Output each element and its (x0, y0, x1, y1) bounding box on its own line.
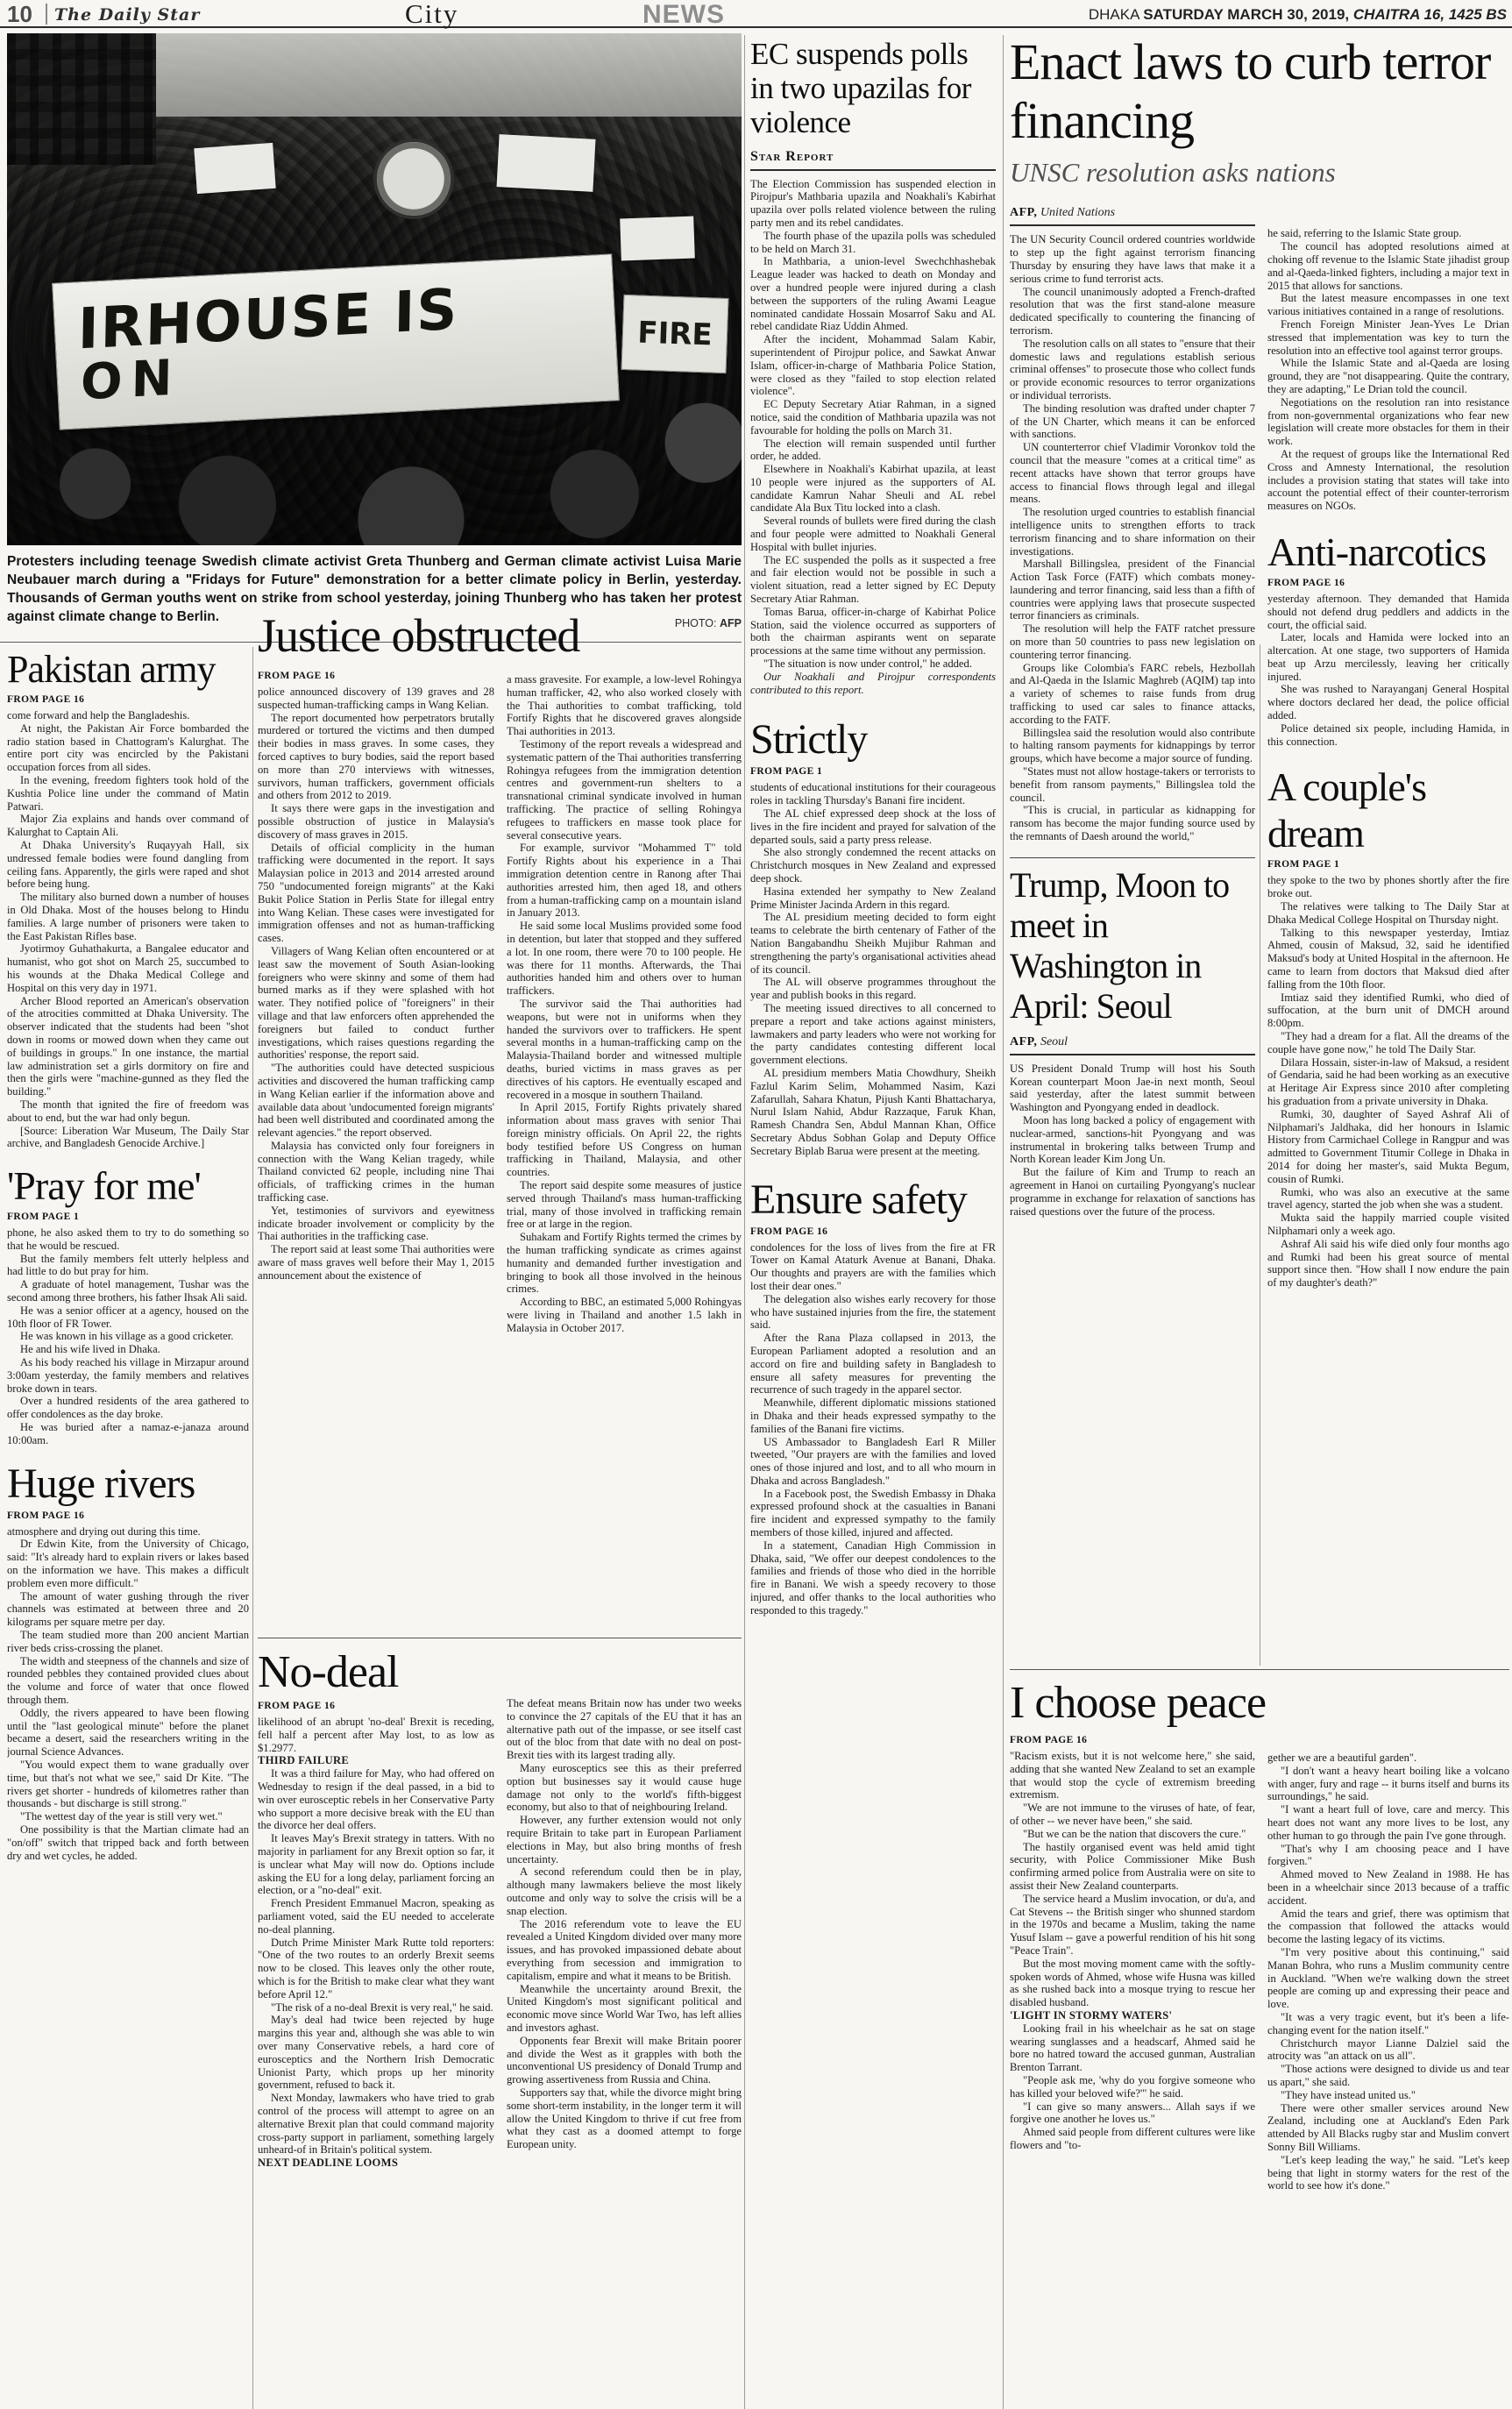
paragraph: The council unanimously adopted a French… (1010, 286, 1255, 338)
article-title: Ensure safety (750, 1176, 996, 1224)
photo-building (7, 33, 156, 165)
paragraph: "We are not immune to the viruses of hat… (1010, 1801, 1255, 1828)
article-ec-suspends-polls: EC suspends polls in two upazilas for vi… (750, 37, 996, 696)
paragraph: The report said despite some measures of… (507, 1179, 742, 1231)
paragraph: EC Deputy Secretary Atiar Rahman, in a s… (750, 398, 996, 437)
paragraph: The council has adopted resolutions aime… (1267, 240, 1509, 292)
paragraph: Looking frail in his wheelchair as he sa… (1010, 2022, 1255, 2074)
article-terror-financing: Enact laws to curb terror financing UNSC… (1010, 33, 1509, 1666)
article-body: come forward and help the Bangladeshis.A… (7, 709, 249, 1150)
paragraph: The relatives were talking to The Daily … (1267, 900, 1509, 927)
paragraph: According to BBC, an estimated 5,000 Roh… (507, 1296, 742, 1334)
article-body: "Racism exists, but it is not welcome he… (1010, 1750, 1255, 2152)
page-number: 10 (7, 1, 32, 28)
paragraph: Amid the tears and grief, there was opti… (1267, 1908, 1509, 1946)
paragraph: While the Islamic State and al-Qaeda are… (1267, 357, 1509, 395)
paragraph: But the most moving moment came with the… (1010, 1958, 1255, 2009)
article-title: Pakistan army (7, 647, 249, 692)
article-justice-obstructed: Justice obstructed FROM PAGE 16 police a… (258, 608, 742, 1636)
paragraph: Hasina extended her sympathy to New Zeal… (750, 885, 996, 912)
paragraph: AL presidium members Matia Chowdhury, Sh… (750, 1067, 996, 1158)
column-ec: EC suspends polls in two upazilas for vi… (750, 37, 996, 2409)
byline: AFP, Seoul (1010, 1035, 1255, 1055)
paragraph: "This is crucial, in particular as kidna… (1010, 804, 1255, 842)
paragraph: US President Donald Trump will host his … (1010, 1062, 1255, 1114)
paragraph: The resolution urged countries to establ… (1010, 506, 1255, 558)
header-divider (46, 4, 47, 25)
paragraph: Next Monday, lawmakers who have tried to… (258, 2092, 494, 2157)
paragraph: Testimony of the report reveals a widesp… (507, 738, 742, 842)
article-subtitle: UNSC resolution asks nations (1010, 157, 1509, 188)
paragraph: Jyotirmoy Guhathakurta, a Bangalee educa… (7, 942, 249, 994)
body-subhead: 'LIGHT IN STORMY WATERS' (1010, 2009, 1255, 2022)
paragraph: The meeting issued directives to all con… (750, 1002, 996, 1067)
paragraph: The EC suspended the polls as it suspect… (750, 554, 996, 606)
paragraph: "Those actions were designed to divide u… (1267, 2063, 1509, 2089)
article-body: he said, referring to the Islamic State … (1267, 227, 1509, 513)
byline: AFP, United Nations (1010, 206, 1255, 226)
paragraph: phone, he also asked them to try to do s… (7, 1226, 249, 1253)
paragraph: There were other smaller services around… (1267, 2102, 1509, 2154)
paragraph: It was a third failure for May, who had … (258, 1767, 494, 1832)
article-pakistan-army: Pakistan army FROM PAGE 16 come forward … (7, 647, 249, 1150)
article-title: EC suspends polls in two upazilas for vi… (750, 37, 996, 140)
paragraph: At night, the Pakistan Air Force bombard… (7, 722, 249, 774)
photo-street-area (156, 33, 742, 117)
article-body: police announced discovery of 139 graves… (258, 686, 494, 1283)
column-rule (744, 35, 745, 2409)
paragraph: Ashraf Ali said his wife died only four … (1267, 1238, 1509, 1290)
paragraph: Police detained six people, including Ha… (1267, 722, 1509, 749)
article-body: The Election Commission has suspended el… (750, 178, 996, 697)
paragraph: a mass gravesite. For example, a low-lev… (507, 673, 742, 738)
paragraph: [Source: Liberation War Museum, The Dail… (7, 1125, 249, 1151)
photo-placard (194, 143, 275, 194)
from-page-label: FROM PAGE 1 (750, 766, 996, 777)
paragraph: The delegation also wishes early recover… (750, 1293, 996, 1332)
article-title: Strictly (750, 715, 996, 764)
byline: Star Report (750, 149, 996, 171)
paragraph: they spoke to the two by phones shortly … (1267, 874, 1509, 900)
paragraph: The report said at least some Thai autho… (258, 1243, 494, 1282)
paragraph: In a statement, Canadian High Commission… (750, 1539, 996, 1617)
from-page-label: FROM PAGE 16 (7, 694, 249, 705)
paragraph: The hastily organised event was held ami… (1010, 1841, 1255, 1893)
article-body: The UN Security Council ordered countrie… (1010, 233, 1255, 842)
section-rule (258, 1638, 742, 1638)
article-pray-for-me: 'Pray for me' FROM PAGE 1 phone, he also… (7, 1162, 249, 1447)
page-header: 10 The Daily Star City NEWS DHAKA SATURD… (0, 0, 1512, 28)
article-title: Huge rivers (7, 1460, 249, 1508)
article-title: Anti-narcotics (1267, 529, 1509, 575)
paragraph: The resolution will help the FATF ratche… (1010, 622, 1255, 661)
paragraph: At the request of groups like the Intern… (1267, 448, 1509, 513)
paragraph: Rumki, 30, daughter of Sayed Ashraf Ali … (1267, 1108, 1509, 1186)
article-body: a mass gravesite. For example, a low-lev… (507, 673, 742, 1335)
paragraph: As his body reached his village in Mirza… (7, 1356, 249, 1395)
column-rule (1003, 35, 1004, 2409)
paragraph: The month that ignited the fire of freed… (7, 1098, 249, 1125)
paragraph: he said, referring to the Islamic State … (1267, 227, 1509, 240)
paragraph: The UN Security Council ordered countrie… (1010, 233, 1255, 285)
paragraph: The report documented how perpetrators b… (258, 712, 494, 803)
dateline-date: SATURDAY MARCH 30, 2019, (1143, 6, 1349, 23)
article-body: they spoke to the two by phones shortly … (1267, 874, 1509, 1290)
paragraph: atmosphere and drying out during this ti… (7, 1525, 249, 1538)
paragraph: Meanwhile, different diplomatic missions… (750, 1396, 996, 1435)
article-title: Enact laws to curb terror financing (1010, 33, 1509, 150)
article-title: A couple's dream (1267, 764, 1509, 856)
paragraph: "You would expect them to wane gradually… (7, 1759, 249, 1810)
paragraph: But the failure of Kim and Trump to reac… (1010, 1166, 1255, 1218)
paragraph: The defeat means Britain now has under t… (507, 1697, 742, 1762)
paragraph: Tomas Barua, officer-in-charge of Kabirh… (750, 606, 996, 657)
section-title-city: City (405, 0, 458, 30)
paragraph: UN counterterror chief Vladimir Voronkov… (1010, 441, 1255, 506)
justice-column-2: a mass gravesite. For example, a low-lev… (507, 668, 742, 1632)
article-anti-narcotics: Anti-narcotics FROM PAGE 16 yesterday af… (1267, 529, 1509, 749)
article-body: condolences for the loss of lives from t… (750, 1241, 996, 1617)
column-left: Pakistan army FROM PAGE 16 come forward … (7, 647, 249, 2409)
paragraph: "It was a very tragic event, but it's be… (1267, 2011, 1509, 2037)
from-page-label: FROM PAGE 16 (7, 1510, 249, 1521)
paragraph: Billingslea said the resolution would al… (1010, 727, 1255, 765)
paragraph: The binding resolution was drafted under… (1010, 402, 1255, 441)
paragraph: Mukta said the happily married couple vi… (1267, 1212, 1509, 1238)
article-body: The defeat means Britain now has under t… (507, 1697, 742, 2151)
byline-agency: AFP, (1010, 206, 1037, 219)
protest-banner: IRHOUSE IS ON (52, 253, 620, 430)
paragraph: The amount of water gushing through the … (7, 1590, 249, 1629)
from-page-label: FROM PAGE 16 (750, 1226, 996, 1237)
paragraph: After the Rana Plaza collapsed in 2013, … (750, 1332, 996, 1396)
byline-agency: AFP, (1010, 1035, 1037, 1048)
article-body: yesterday afternoon. They demanded that … (1267, 593, 1509, 749)
paragraph: In April 2015, Fortify Rights privately … (507, 1101, 742, 1179)
article-title: Trump, Moon to meet in Washington in Apr… (1010, 865, 1255, 1027)
paragraph: The team studied more than 200 ancient M… (7, 1629, 249, 1655)
paragraph: Ahmed said people from different culture… (1010, 2126, 1255, 2152)
article-body: gether we are a beautiful garden"."I don… (1267, 1752, 1509, 2192)
paragraph: Meanwhile the uncertainty around Brexit,… (507, 1983, 742, 2035)
paragraph: The fourth phase of the upazila polls wa… (750, 230, 996, 256)
paragraph: The AL presidium meeting decided to form… (750, 911, 996, 976)
paragraph: "They had a dream for a flat. All the dr… (1267, 1030, 1509, 1056)
body-subhead: NEXT DEADLINE LOOMS (258, 2157, 494, 2170)
paragraph: likelihood of an abrupt 'no-deal' Brexit… (258, 1716, 494, 1754)
paragraph: Ahmed moved to New Zealand in 1988. He h… (1267, 1868, 1509, 1907)
paragraph: Several rounds of bullets were fired dur… (750, 515, 996, 553)
paragraph: The Election Commission has suspended el… (750, 178, 996, 230)
paragraph: Dutch Prime Minister Mark Rutte told rep… (258, 1936, 494, 2001)
paragraph: Talking to this newspaper yesterday, Imt… (1267, 927, 1509, 991)
paragraph: It leaves May's Brexit strategy in tatte… (258, 1832, 494, 1897)
paragraph: US Ambassador to Bangladesh Earl R Mille… (750, 1436, 996, 1488)
paragraph: Yet, testimonies of survivors and eyewit… (258, 1204, 494, 1243)
paragraph: yesterday afternoon. They demanded that … (1267, 593, 1509, 631)
paragraph: He and his wife lived in Dhaka. (7, 1343, 249, 1356)
paragraph: "Let's keep leading the way," he said. "… (1267, 2154, 1509, 2192)
paragraph: "The wettest day of the year is still ve… (7, 1810, 249, 1823)
paragraph: He was known in his village as a good cr… (7, 1330, 249, 1343)
paragraph: At Dhaka University's Ruqayyah Hall, six… (7, 839, 249, 891)
paragraph: The military also burned down a number o… (7, 891, 249, 942)
peace-column-2: gether we are a beautiful garden"."I don… (1267, 1732, 1509, 2381)
paragraph: In Mathbaria, a union-level Swechchhashe… (750, 255, 996, 333)
paragraph: After the incident, Mohammad Salam Kabir… (750, 333, 996, 398)
paragraph: Villagers of Wang Kelian often encounter… (258, 945, 494, 1062)
photo-placard (620, 217, 695, 261)
paragraph: Later, locals and Hamida were locked int… (1267, 631, 1509, 683)
paragraph: "States must not allow hostage-takers or… (1010, 765, 1255, 804)
paragraph: The survivor said the Thai authorities h… (507, 998, 742, 1101)
paragraph: Archer Blood reported an American's obse… (7, 995, 249, 1098)
paragraph: She was rushed to Narayanganj General Ho… (1267, 683, 1509, 721)
paragraph: The election will remain suspended until… (750, 437, 996, 464)
paragraph: But the latest measure encompasses in on… (1267, 292, 1509, 318)
paragraph: come forward and help the Bangladeshis. (7, 709, 249, 722)
from-page-label: FROM PAGE 1 (1267, 859, 1509, 870)
paragraph: Marshall Billingslea, president of the F… (1010, 558, 1255, 622)
paragraph: "I don't want a heavy heart boiling like… (1267, 1765, 1509, 1803)
from-page-label: FROM PAGE 1 (7, 1212, 249, 1222)
paragraph: But the family members felt utterly help… (7, 1253, 249, 1279)
article-ensure-safety: Ensure safety FROM PAGE 16 condolences f… (750, 1176, 996, 1617)
paragraph: Rumki, who was also an executive at the … (1267, 1186, 1509, 1212)
photo-round-sign (373, 139, 454, 219)
paragraph: "That's why I am choosing peace and I ha… (1267, 1843, 1509, 1869)
paragraph: Suhakam and Fortify Rights termed the cr… (507, 1231, 742, 1296)
paragraph: Dilara Hossain, sister-in-law of Maksud,… (1267, 1056, 1509, 1108)
paragraph: May's deal had twice been rejected by hu… (258, 2014, 494, 2092)
dateline-city: DHAKA (1089, 6, 1139, 23)
nodeal-column-1: No-deal FROM PAGE 16 likelihood of an ab… (258, 1646, 494, 2407)
paragraph: French President Emmanuel Macron, speaki… (258, 1897, 494, 1936)
paragraph: "People ask me, 'why do you forgive some… (1010, 2074, 1255, 2100)
fire-sign: FIRE (621, 295, 729, 373)
article-title: Justice obstructed (258, 608, 742, 663)
paragraph: In the evening, freedom fighters took ho… (7, 774, 249, 813)
article-trump-moon: Trump, Moon to meet in Washington in Apr… (1010, 857, 1255, 1219)
paragraph: The width and steepness of the channels … (7, 1655, 249, 1707)
paragraph: "I can give so many answers... Allah say… (1010, 2100, 1255, 2127)
paragraph: Moon has long backed a policy of engagem… (1010, 1114, 1255, 1166)
photo-placard (497, 134, 596, 192)
paragraph: Major Zia explains and hands over comman… (7, 813, 249, 839)
paragraph: students of educational institutions for… (750, 781, 996, 807)
paragraph: Imtiaz said they identified Rumki, who d… (1267, 991, 1509, 1030)
article-strictly: Strictly FROM PAGE 1 students of educati… (750, 715, 996, 1157)
byline-place: United Nations (1040, 206, 1115, 219)
from-page-label: FROM PAGE 16 (258, 1701, 494, 1711)
paragraph: Elsewhere in Noakhali's Kabirhat upazila… (750, 463, 996, 515)
nodeal-column-2: The defeat means Britain now has under t… (507, 1646, 742, 2407)
paragraph: Christchurch mayor Lianne Dalziel said t… (1267, 2037, 1509, 2064)
justice-column-1: FROM PAGE 16 police announced discovery … (258, 668, 494, 1628)
newspaper-logo: The Daily Star (54, 5, 200, 25)
paragraph: Details of official complicity in the hu… (258, 842, 494, 945)
paragraph: "Racism exists, but it is not welcome he… (1010, 1750, 1255, 1801)
paragraph: "The risk of a no-deal Brexit is very re… (258, 2001, 494, 2015)
terror-column-1: AFP, United Nations The UN Security Coun… (1010, 197, 1255, 1666)
column-rule (252, 647, 253, 2409)
paragraph: A graduate of hotel management, Tushar w… (7, 1278, 249, 1304)
paragraph: "But we can be the nation that discovers… (1010, 1828, 1255, 1841)
article-body: students of educational institutions for… (750, 781, 996, 1157)
peace-column-1: FROM PAGE 16 "Racism exists, but it is n… (1010, 1732, 1255, 2381)
article-i-choose-peace: I choose peace FROM PAGE 16 "Racism exis… (1010, 1669, 1509, 2409)
paragraph: The 2016 referendum vote to leave the EU… (507, 1918, 742, 1983)
section-title-news: NEWS (642, 0, 725, 30)
paragraph: The service heard a Muslim invocation, o… (1010, 1893, 1255, 1958)
paragraph: "The situation is now under control," he… (750, 657, 996, 671)
newspaper-page: { "header": { "page_number": "10", "mast… (0, 0, 1512, 2409)
paragraph: police announced discovery of 139 graves… (258, 686, 494, 712)
paragraph: "The authorities could have detected sus… (258, 1062, 494, 1140)
paragraph: Dr Edwin Kite, from the University of Ch… (7, 1538, 249, 1589)
article-body: atmosphere and drying out during this ti… (7, 1525, 249, 1863)
paragraph: It says there were gaps in the investiga… (258, 802, 494, 841)
from-page-label: FROM PAGE 16 (258, 671, 494, 681)
paragraph: Malaysia has convicted only four foreign… (258, 1140, 494, 1204)
article-couples-dream: A couple's dream FROM PAGE 1 they spoke … (1267, 764, 1509, 1290)
lead-photo: IRHOUSE IS ON FIRE (7, 33, 742, 545)
paragraph: He was a senior officer at a agency, hou… (7, 1304, 249, 1331)
paragraph: The AL chief expressed deep shock at the… (750, 807, 996, 846)
paragraph: Supporters say that, while the divorce m… (507, 2086, 742, 2151)
paragraph: Many eurosceptics see this as their pref… (507, 1762, 742, 1814)
paragraph: Opponents fear Brexit will make Britain … (507, 2035, 742, 2086)
article-huge-rivers: Huge rivers FROM PAGE 16 atmosphere and … (7, 1460, 249, 1863)
paragraph: Groups like Colombia's FARC rebels, Hezb… (1010, 662, 1255, 727)
article-body: phone, he also asked them to try to do s… (7, 1226, 249, 1447)
paragraph: A second referendum could then be in pla… (507, 1865, 742, 1917)
article-title: No-deal (258, 1646, 494, 1698)
dateline-bengali: CHAITRA 16, 1425 BS (1353, 6, 1507, 23)
paragraph: "I'm very positive about this continuing… (1267, 1946, 1509, 2011)
terror-column-2: he said, referring to the Islamic State … (1267, 197, 1509, 1666)
article-body: US President Donald Trump will host his … (1010, 1062, 1255, 1219)
from-page-label: FROM PAGE 16 (1010, 1735, 1255, 1745)
byline-place: Seoul (1040, 1035, 1068, 1048)
article-title: I choose peace (1010, 1677, 1509, 1729)
article-body: likelihood of an abrupt 'no-deal' Brexit… (258, 1716, 494, 2170)
byline-reporter: Star Report (750, 149, 834, 164)
paragraph: Negotiations on the resolution ran into … (1267, 396, 1509, 448)
paragraph: One possibility is that the Martian clim… (7, 1823, 249, 1862)
paragraph: Oddly, the rivers appeared to have been … (7, 1707, 249, 1759)
paragraph: Over a hundred residents of the area gat… (7, 1395, 249, 1421)
paragraph: He said some local Muslims provided some… (507, 920, 742, 998)
paragraph: "I want a heart full of love, care and m… (1267, 1803, 1509, 1842)
paragraph: "They have instead united us." (1267, 2089, 1509, 2102)
body-subhead: THIRD FAILURE (258, 1754, 494, 1767)
paragraph: condolences for the loss of lives from t… (750, 1241, 996, 1293)
from-page-label: FROM PAGE 16 (1267, 578, 1509, 588)
article-no-deal: No-deal FROM PAGE 16 likelihood of an ab… (258, 1646, 742, 2409)
paragraph: The AL will observe programmes throughou… (750, 976, 996, 1002)
paragraph: The resolution calls on all states to "e… (1010, 338, 1255, 402)
paragraph: gether we are a beautiful garden". (1267, 1752, 1509, 1765)
article-title: 'Pray for me' (7, 1162, 249, 1209)
paragraph: She also strongly condemned the recent a… (750, 846, 996, 885)
paragraph: For example, survivor "Mohammed T" told … (507, 842, 742, 920)
paragraph: He was buried after a namaz-e-janaza aro… (7, 1421, 249, 1447)
paragraph: French Foreign Minister Jean-Yves Le Dri… (1267, 318, 1509, 357)
dateline: DHAKA SATURDAY MARCH 30, 2019, CHAITRA 1… (1089, 6, 1507, 24)
paragraph: In a Facebook post, the Swedish Embassy … (750, 1488, 996, 1539)
paragraph: Our Noakhali and Pirojpur correspondents… (750, 671, 996, 697)
paragraph: However, any further extension would not… (507, 1814, 742, 1865)
